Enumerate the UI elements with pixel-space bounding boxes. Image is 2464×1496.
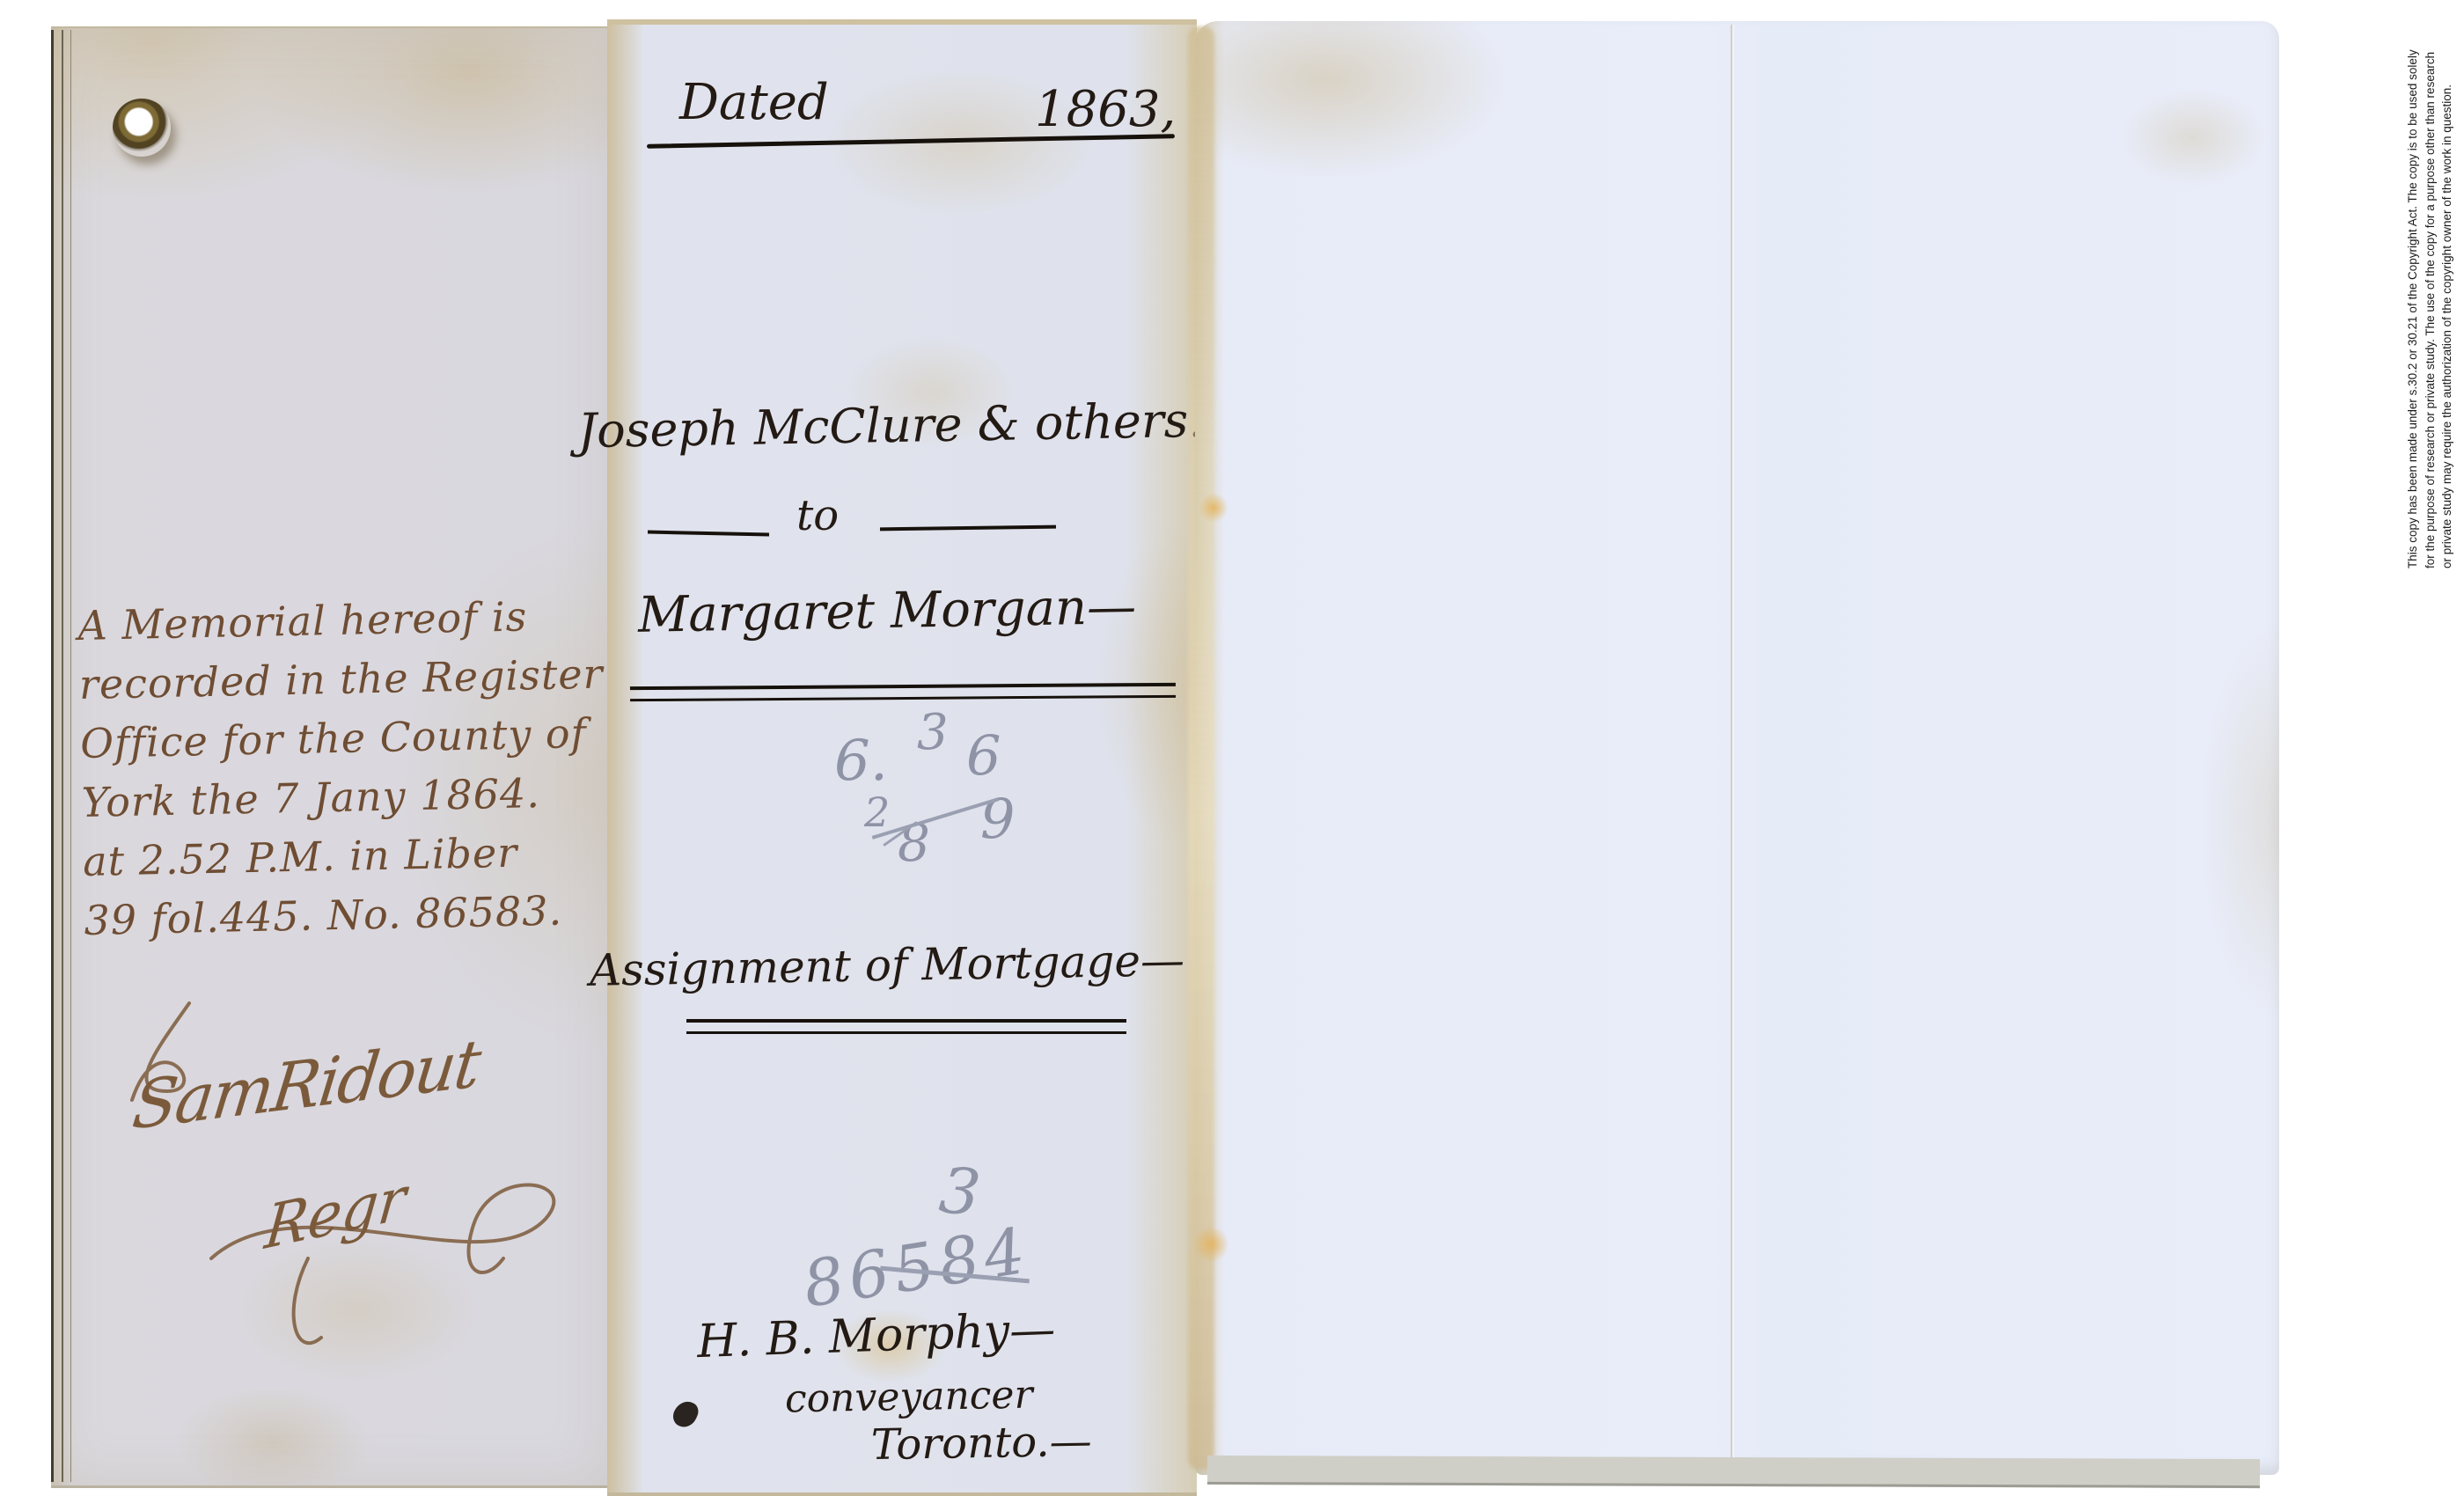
memorial-note: A Memorial hereof is recorded in the Reg… <box>77 586 590 950</box>
party-to: Margaret Morgan— <box>637 578 1136 644</box>
party-from: Joseph McClure & others. <box>577 392 1204 458</box>
stain-spot <box>1199 493 1228 523</box>
memorial-line: A Memorial hereof is <box>77 586 584 656</box>
memorial-line: recorded in the Register <box>78 645 585 715</box>
preparer-role: conveyancer <box>785 1373 1033 1422</box>
registrar-signature: SamRidout Regr <box>106 994 581 1364</box>
stain-spot <box>1193 1225 1228 1264</box>
copyright-line: or private study may require the authori… <box>2438 19 2456 568</box>
memorial-line: at 2.52 P.M. in Liber <box>82 822 589 891</box>
pencil-fraction-digit: 6. <box>834 729 888 794</box>
page-edge-line <box>70 30 71 1482</box>
page-edge-line <box>51 30 54 1482</box>
dated-label: Dated <box>679 74 829 131</box>
dated-year: 1863, <box>1035 81 1176 138</box>
page-edge-line <box>62 30 63 1482</box>
copyright-stamp: This copy has been made under s.30.2 or … <box>2404 19 2456 568</box>
to-label: to <box>796 491 839 540</box>
title-rule-line <box>686 1019 1126 1034</box>
pencil-fraction-digit: 3 <box>917 704 949 761</box>
copyright-line: for the purpose of research or private s… <box>2422 19 2439 568</box>
page-fold-crease <box>1730 25 1734 1473</box>
memorial-line: Office for the County of <box>80 704 587 774</box>
preparer-city: Toronto.— <box>871 1417 1092 1470</box>
document-title: Assignment of Mortgage— <box>590 935 1185 996</box>
memorial-line: York the 7 Jany 1864. <box>81 763 588 832</box>
memorial-line: 39 fol.445. No. 86583. <box>84 881 590 950</box>
copyright-line: This copy has been made under s.30.2 or … <box>2404 19 2422 568</box>
under-page-edge <box>1207 1456 2260 1488</box>
pencil-fraction-digit: 9 <box>980 787 1015 851</box>
blank-blue-pages <box>1195 21 2279 1475</box>
pencil-fraction-digit: 2 <box>864 788 890 836</box>
grommet-hole <box>113 99 171 157</box>
pencil-fraction-digit: 6 <box>966 723 1001 788</box>
pencil-figure-three: 3 <box>936 1153 984 1230</box>
